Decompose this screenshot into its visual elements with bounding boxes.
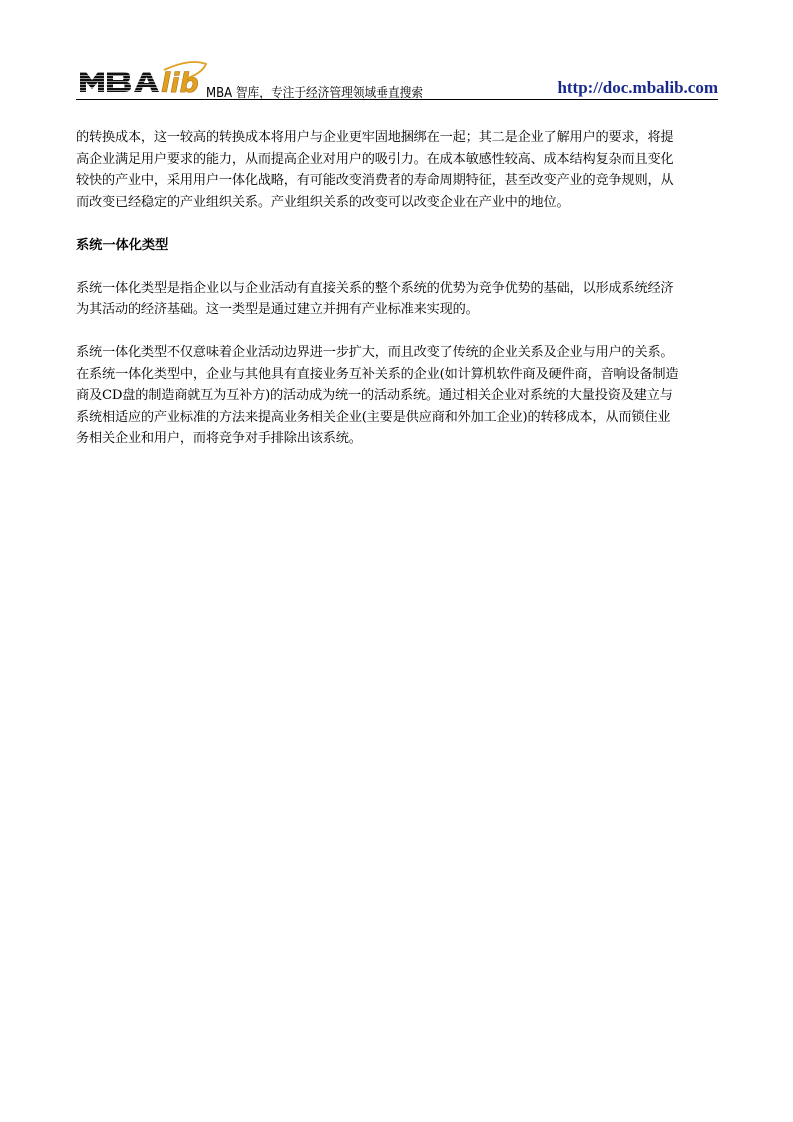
text-line: 而改变已经稳定的产业组织关系。产业组织关系的改变可以改变企业在产业中的地位。 [76, 192, 720, 214]
text-line: 高企业满足用户要求的能力，从而提高企业对用户的吸引力。在成本敏感性较高、成本结构… [76, 149, 720, 171]
text-line: 商及CD盘的制造商就互为互补方)的活动成为统一的活动系统。通过相关企业对系统的大… [76, 385, 720, 407]
paragraph-user-integration: 的转换成本，这一较高的转换成本将用户与企业更牢固地捆绑在一起；其二是企业了解用户… [76, 127, 720, 213]
text-line: 为其活动的经济基础。这一类型是通过建立并拥有产业标准来实现的。 [76, 299, 720, 321]
document-body: 的转换成本，这一较高的转换成本将用户与企业更牢固地捆绑在一起；其二是企业了解用户… [76, 127, 720, 471]
page-header: lib MBA 智库，专注于经济管理领域垂直搜索 http://doc.mbal… [76, 56, 718, 100]
text-line: 系统相适应的产业标准的方法来提高业务相关企业(主要是供应商和外加工企业)的转移成… [76, 407, 720, 429]
text-line: 较快的产业中，采用用户一体化战略，有可能改变消费者的寿命周期特征，甚至改变产业的… [76, 170, 720, 192]
text-line: 系统一体化类型是指企业以与企业活动有直接关系的整个系统的优势为竞争优势的基础，以… [76, 278, 720, 300]
header-divider [76, 99, 718, 100]
text-line: 系统一体化类型不仅意味着企业活动边界进一步扩大，而且改变了传统的企业关系及企业与… [76, 342, 720, 364]
section-heading: 系统一体化类型 [76, 235, 720, 257]
text-line: 在系统一体化类型中，企业与其他具有直接业务互补关系的企业(如计算机软件商及硬件商… [76, 364, 720, 386]
text-line: 的转换成本，这一较高的转换成本将用户与企业更牢固地捆绑在一起；其二是企业了解用户… [76, 127, 720, 149]
site-url-link[interactable]: http://doc.mbalib.com [557, 78, 718, 98]
text-line: 务相关企业和用户，而将竞争对手排除出该系统。 [76, 428, 720, 450]
paragraph-system-definition: 系统一体化类型是指企业以与企业活动有直接关系的整个系统的优势为竞争优势的基础，以… [76, 278, 720, 321]
mbalib-logo: lib [78, 58, 210, 96]
svg-text:lib: lib [161, 68, 199, 96]
paragraph-system-detail: 系统一体化类型不仅意味着企业活动边界进一步扩大，而且改变了传统的企业关系及企业与… [76, 342, 720, 450]
